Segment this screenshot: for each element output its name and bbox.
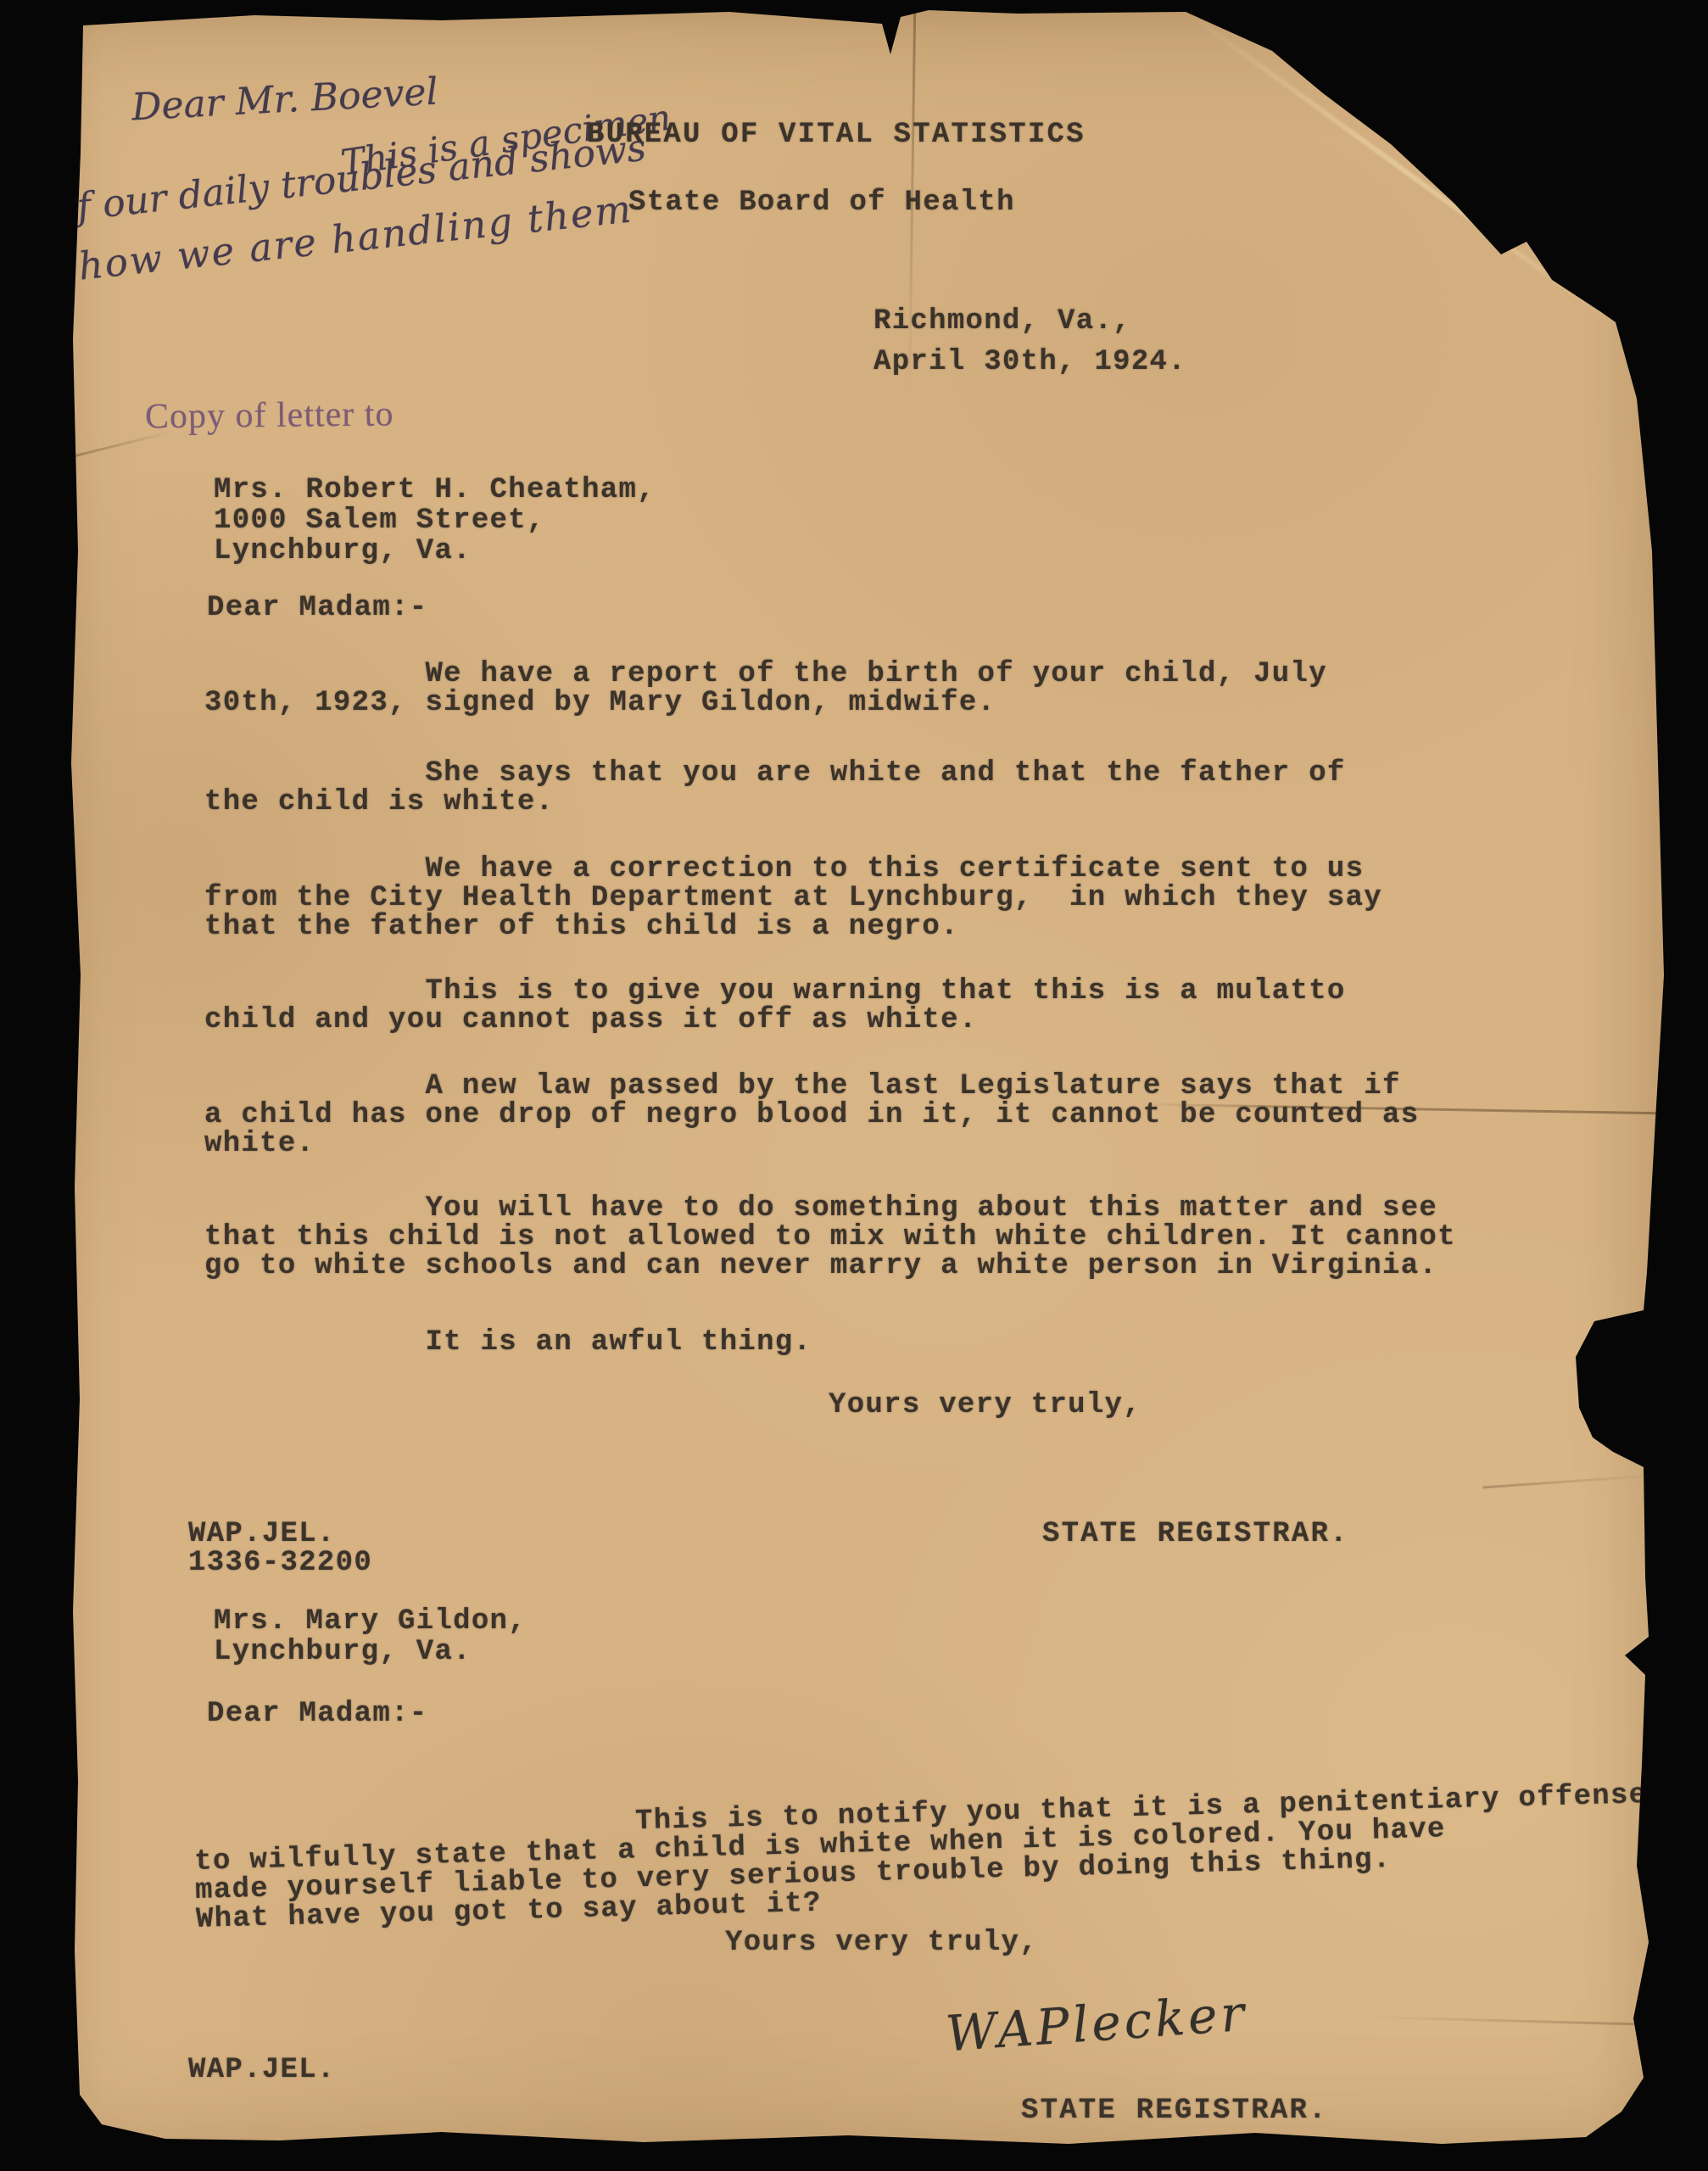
letter1-paragraph-7: It is an awful thing. — [204, 1328, 812, 1357]
salutation-2: Dear Madam:- — [207, 1699, 427, 1728]
salutation-1: Dear Madam:- — [207, 594, 427, 622]
letter1-paragraph-2: She says that you are white and that the… — [204, 759, 1346, 817]
letterhead-bureau-title: BUREAU OF VITAL STATISTICS — [587, 120, 1086, 149]
closing-2: Yours very truly, — [725, 1928, 1038, 1957]
registrar-title-1: STATE REGISTRAR. — [1042, 1520, 1349, 1549]
typist-reference-block: WAP.JEL. 1336-32200 — [188, 1520, 372, 1577]
letter1-paragraph-6: You will have to do something about this… — [204, 1194, 1456, 1281]
letter1-paragraph-5: A new law passed by the last Legislature… — [204, 1072, 1419, 1158]
recipient-address-2: Mrs. Mary Gildon, Lynchburg, Va. — [214, 1606, 527, 1667]
letter1-paragraph-1: We have a report of the birth of your ch… — [204, 660, 1327, 717]
letter1-paragraph-3: We have a correction to this certificate… — [204, 855, 1382, 941]
typist-initials-2: WAP.JEL. — [188, 2056, 336, 2084]
letterhead-board-title: State Board of Health — [628, 188, 1015, 217]
registrar-title-2: STATE REGISTRAR. — [1021, 2096, 1328, 2125]
closing-1: Yours very truly, — [829, 1391, 1141, 1420]
dateline-place: Richmond, Va., — [874, 307, 1131, 336]
recipient-address-1: Mrs. Robert H. Cheatham, 1000 Salem Stre… — [214, 475, 656, 566]
copy-of-letter-stamp: Copy of letter to — [145, 393, 394, 437]
dateline-date: April 30th, 1924. — [874, 348, 1186, 377]
letter-page: Dear Mr. Boevel This is a specimen of ou… — [0, 0, 1708, 2171]
letter1-paragraph-4: This is to give you warning that this is… — [204, 977, 1346, 1035]
